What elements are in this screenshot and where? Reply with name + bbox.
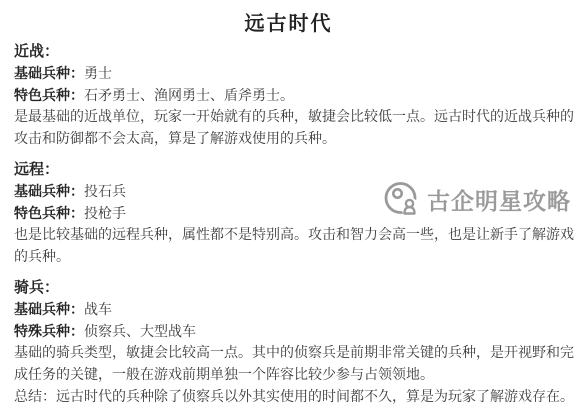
- penguin-circle-logo-icon: [383, 179, 420, 219]
- section: 近战：基础兵种：勇士特色兵种：石矛勇士、渔网勇士、盾斧勇士。是最基础的近战单位，…: [14, 41, 577, 150]
- body-line: 基础的骑兵类型，敏捷会比较高一点。其中的侦察兵是前期非常关键的兵种，是开视野和完: [14, 342, 577, 364]
- body-line: 是最基础的近战单位，玩家一开始就有的兵种，敏捷会比较低一点。远古时代的近战兵种的: [14, 106, 577, 128]
- page-title: 远古时代: [0, 0, 577, 36]
- sections: 近战：基础兵种：勇士特色兵种：石矛勇士、渔网勇士、盾斧勇士。是最基础的近战单位，…: [14, 41, 577, 411]
- field-label: 基础兵种：: [14, 183, 84, 199]
- body-line: 的兵种。: [14, 246, 577, 268]
- field-value: 石矛勇士、渔网勇士、盾斧勇士。: [84, 87, 294, 103]
- body-line: 总结：远古时代的兵种除了侦察兵以外其实使用的时间都不久，算是为玩家了解游戏存在。: [14, 386, 577, 408]
- field-value: 投石兵: [84, 183, 126, 199]
- body-line: 攻击和防御都不会太高，算是了解游戏使用的兵种。: [14, 128, 577, 150]
- watermark-text: 古企明星攻略: [427, 183, 571, 216]
- body-line: 成任务的关键，一般在游戏前期单独一个阵容比较少参与占领领地。: [14, 364, 577, 386]
- field-value: 侦察兵、大型战车: [84, 323, 196, 339]
- field-line: 特色兵种：石矛勇士、渔网勇士、盾斧勇士。: [14, 85, 577, 107]
- section-heading: 近战：: [14, 41, 577, 63]
- field-value: 投枪手: [84, 205, 126, 221]
- field-line: 基础兵种：勇士: [14, 63, 577, 85]
- field-line: 基础兵种：战车: [14, 299, 577, 321]
- field-value: 勇士: [84, 65, 112, 81]
- field-line: 特殊兵种：侦察兵、大型战车: [14, 321, 577, 343]
- body-line: 也是比较基础的远程兵种，属性都不是特别高。攻击和智力会高一些，也是让新手了解游戏: [14, 224, 577, 246]
- field-value: 战车: [84, 301, 112, 317]
- field-label: 特色兵种：: [14, 87, 84, 103]
- field-label: 特殊兵种：: [14, 323, 84, 339]
- field-label: 基础兵种：: [14, 301, 84, 317]
- section: 骑兵：基础兵种：战车特殊兵种：侦察兵、大型战车基础的骑兵类型，敏捷会比较高一点。…: [14, 277, 577, 408]
- field-label: 特色兵种：: [14, 205, 84, 221]
- watermark: 古企明星攻略: [378, 176, 576, 222]
- article-page: 远古时代 近战：基础兵种：勇士特色兵种：石矛勇士、渔网勇士、盾斧勇士。是最基础的…: [0, 0, 577, 411]
- field-label: 基础兵种：: [14, 65, 84, 81]
- section-heading: 骑兵：: [14, 277, 577, 299]
